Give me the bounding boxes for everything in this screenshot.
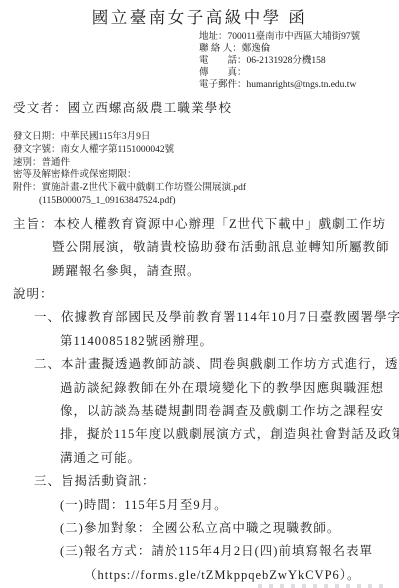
sub3-number: (三) (60, 544, 84, 558)
explanation-item2-line-5: 溝通之可能。 (0, 447, 399, 470)
sub1-number: (一) (60, 498, 84, 512)
priority-line: 速別：普通件 (13, 157, 399, 170)
item3-number: 三、 (34, 474, 61, 488)
item1-number: 一、 (34, 310, 61, 324)
sub2-number: (二) (60, 521, 84, 535)
registration-method-line: (三)報名方式：請於115年4月2日(四)前填寫報名表單 (0, 540, 399, 563)
contact-person-line: 聯 絡 人：鄭逸倫 (199, 43, 399, 55)
fax-line: 傳 真： (199, 67, 399, 79)
sender-contact-block: 地址：700011臺南市中西區大埔街97號 聯 絡 人：鄭逸倫 電 話：06-2… (199, 31, 399, 91)
explanation-item2-line-3: 像，以訪談為基礎規劃問卷調查及戲劇工作坊之課程安 (0, 400, 399, 423)
item2-number: 二、 (34, 357, 61, 371)
attachment-filename-line: (115B000075_1_09163847524.pdf) (13, 195, 399, 208)
subject-label: 主旨： (13, 217, 54, 231)
sub1-text: 時間：115年5月至9月。 (84, 498, 228, 512)
explanation-label-line: 說明： (0, 283, 399, 306)
issue-date-line: 發文日期：中華民國115年3月9日 (13, 131, 399, 144)
sub3-text-1: 報名方式：請於115年4月2日(四)前填寫報名表單 (84, 544, 373, 558)
subject-line-1: 主旨：本校人權教育資源中心辦理「Z世代下載中」戲劇工作坊 (0, 213, 399, 236)
doc-number-line: 發文字號：南女人權字第1151000042號 (13, 144, 399, 157)
document-meta-block: 發文日期：中華民國115年3月9日 發文字號：南女人權字第1151000042號… (13, 131, 399, 208)
activity-audience-line: (二)參加對象：全國公私立高中職之現職教師。 (0, 517, 399, 540)
explanation-item2-line-1: 二、本計畫擬透過教師訪談、問卷與戲劇工作坊方式進行，透 (0, 353, 399, 376)
explanation-item1-line-2: 第1140085182號函辦理。 (0, 330, 399, 353)
subject-line-2: 暨公開展演，敬請貴校協助發布活動訊息並轉知所屬教師 (0, 236, 399, 259)
subject-line-3: 踴躍報名參與，請查照。 (0, 260, 399, 283)
official-letter-page: 國立臺南女子高級中學 函 地址：700011臺南市中西區大埔街97號 聯 絡 人… (0, 7, 399, 587)
item3-text-1: 旨揭活動資訊： (61, 474, 156, 488)
email-line: 電子郵件：humanrights@tngs.tn.edu.tw (199, 79, 399, 91)
sender-address-line: 地址：700011臺南市中西區大埔街97號 (199, 31, 399, 43)
phone-line: 電 話：06-2131928分機158 (199, 55, 399, 67)
activity-time-line: (一)時間：115年5月至9月。 (0, 494, 399, 517)
explanation-item1-line-1: 一、依據教育部國民及學前教育署114年10月7日臺教國署學字 (0, 306, 399, 329)
attachment-line: 附件：實施計畫-Z世代下載中戲劇工作坊暨公開展演.pdf (13, 182, 399, 195)
explanation-item2-line-2: 過訪談紀錄教師在外在環境變化下的教學因應與職涯想 (0, 377, 399, 400)
security-line: 密等及解密條件或保密期限： (13, 169, 399, 182)
explanation-item2-line-4: 排，擬於115年度以戲劇展演方式，創造與社會對話及政策 (0, 423, 399, 446)
letter-body: 主旨：本校人權教育資源中心辦理「Z世代下載中」戲劇工作坊 暨公開展演，敬請貴校協… (0, 213, 399, 588)
subject-text-1: 本校人權教育資源中心辦理「Z世代下載中」戲劇工作坊 (54, 217, 387, 231)
item2-text-1: 本計畫擬透過教師訪談、問卷與戲劇工作坊方式進行，透 (61, 357, 399, 371)
sub2-text: 參加對象：全國公私立高中職之現職教師。 (84, 521, 341, 535)
page-footer-cutoff-marks (258, 584, 385, 588)
explanation-item3-line-1: 三、旨揭活動資訊： (0, 470, 399, 493)
document-title: 國立臺南女子高級中學 函 (0, 7, 399, 29)
item1-text-1: 依據教育部國民及學前教育署114年10月7日臺教國署學字 (61, 310, 399, 324)
recipient-line: 受文者：國立西螺高級農工職業學校 (13, 100, 399, 116)
